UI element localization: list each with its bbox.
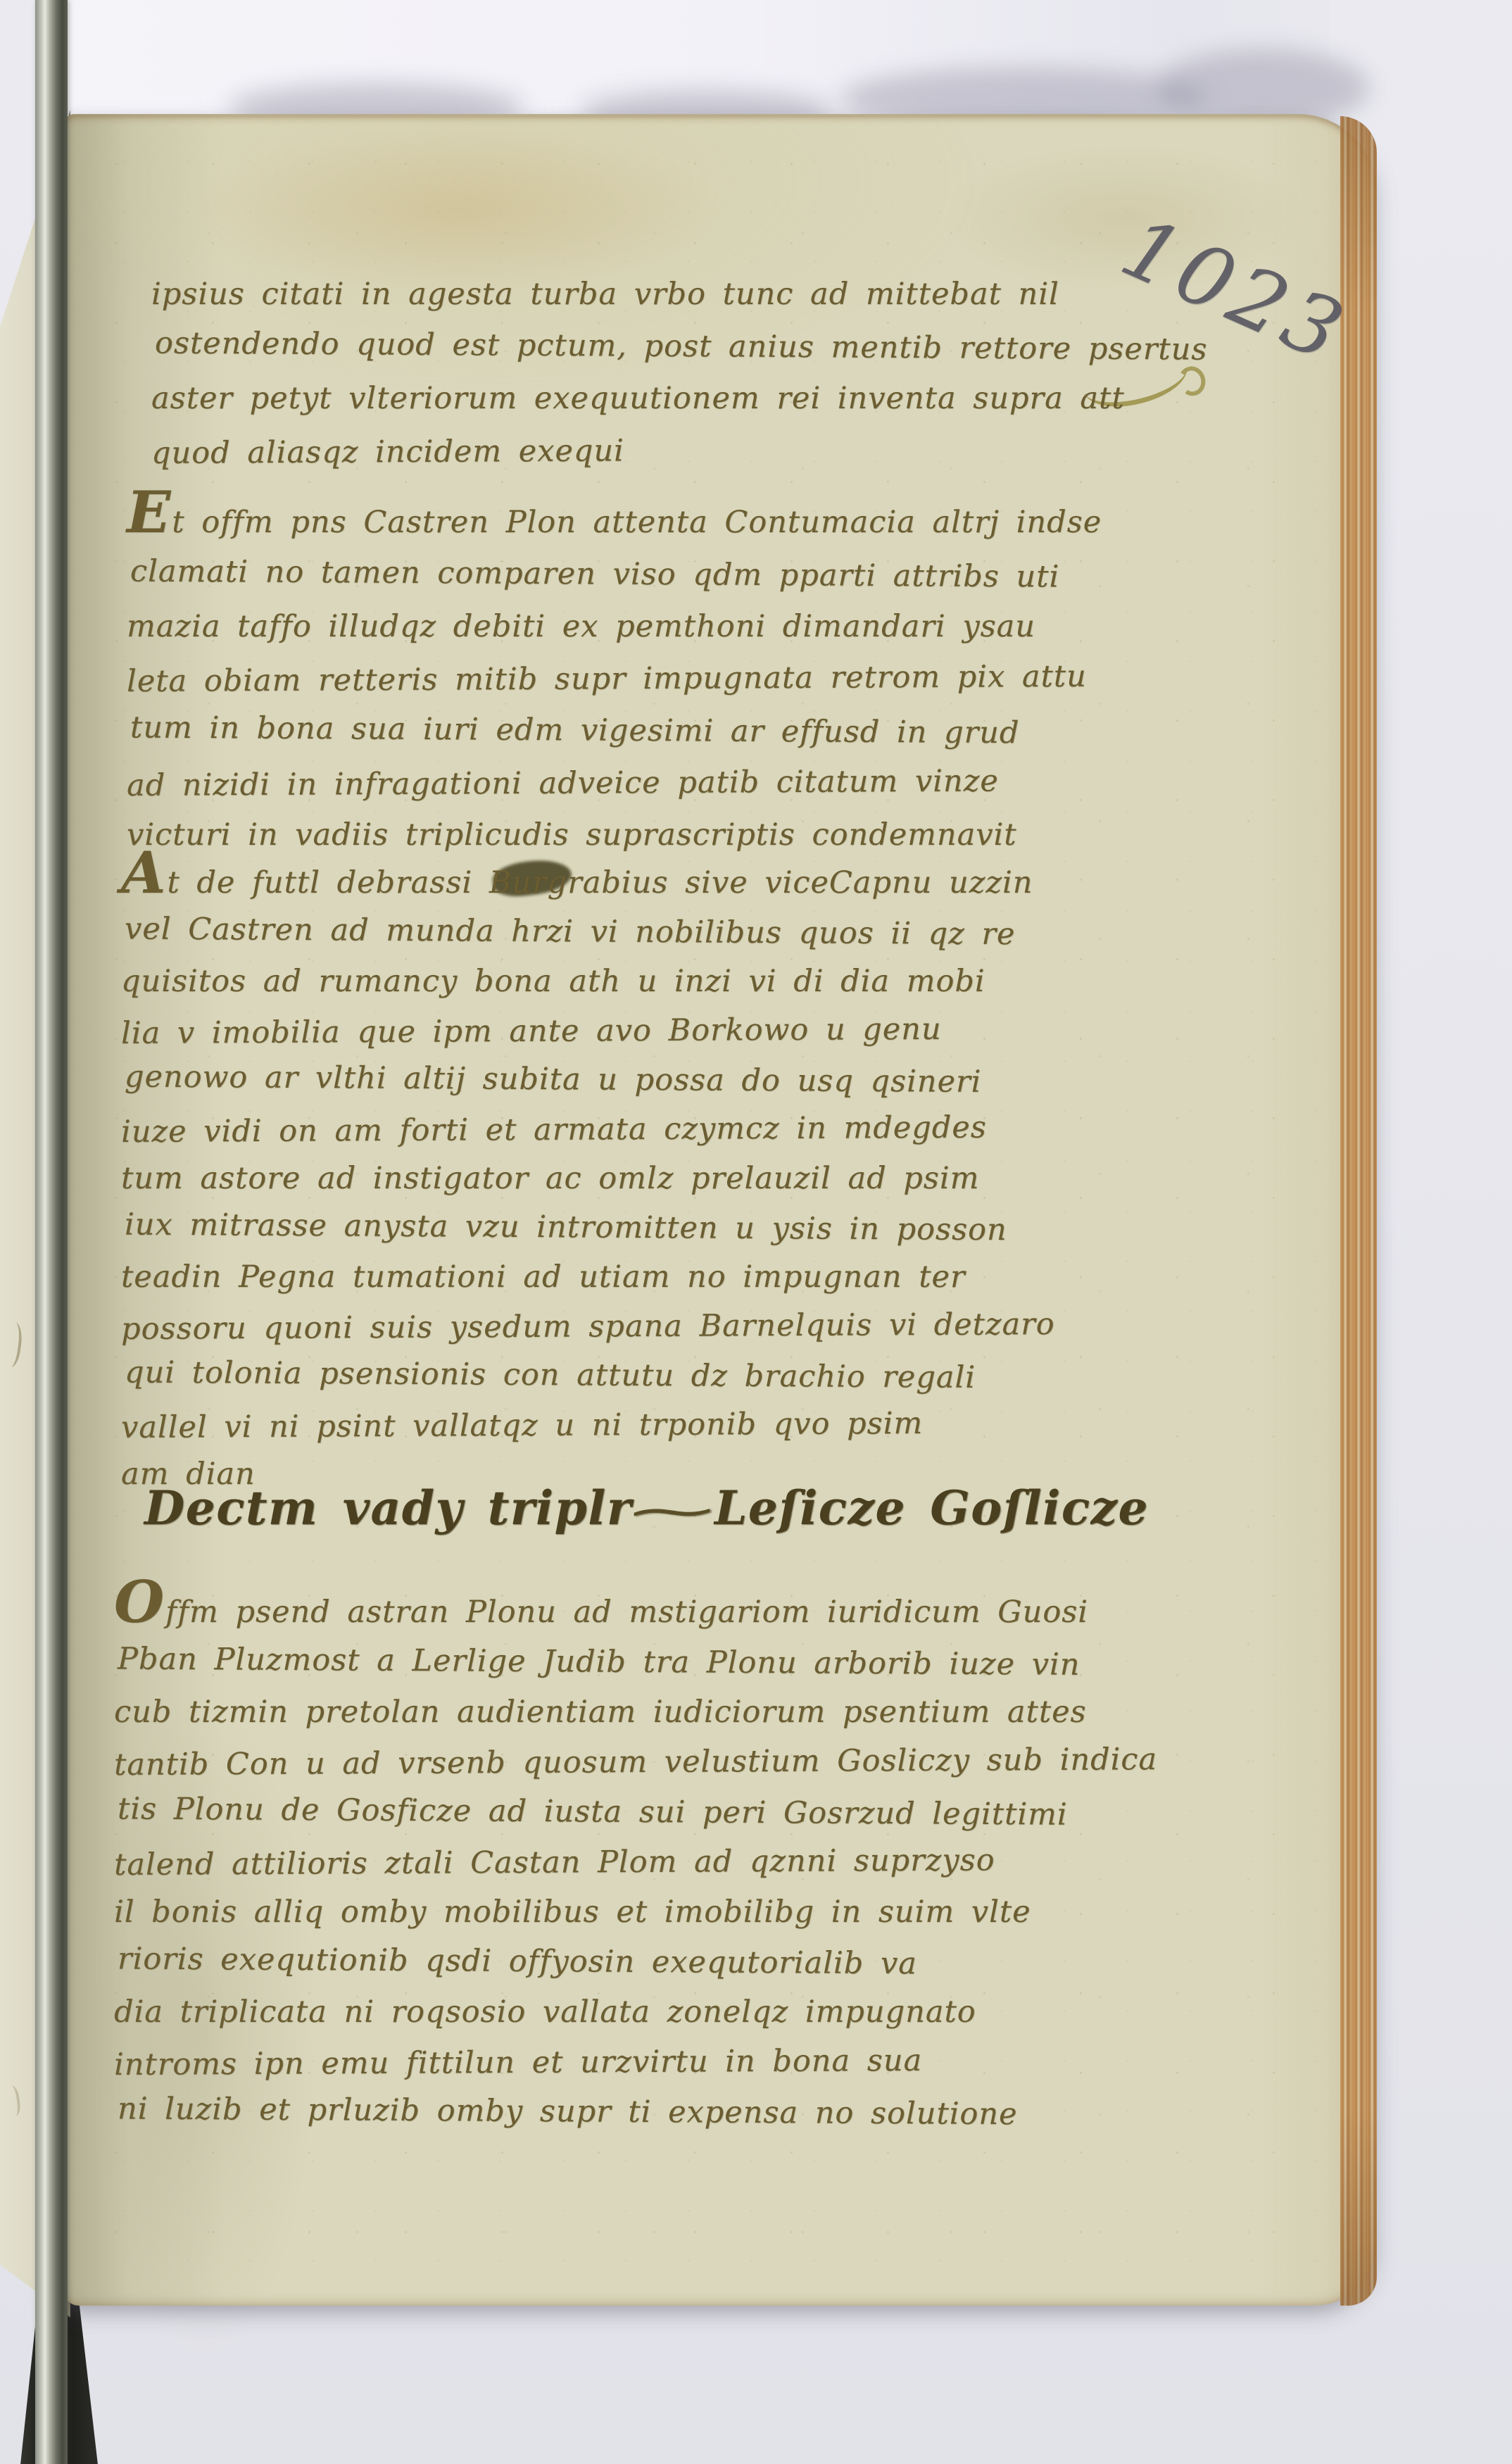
manuscript-line: At de futtl debrassi Burgrabius sive vic… xyxy=(121,848,1177,907)
manuscript-line: Offm psend astran Plonu ad mstigariom iu… xyxy=(114,1578,1170,1638)
paragraph-3: At de futtl debrassi Burgrabius sive vic… xyxy=(121,848,1177,1499)
heading-flourish: ~ xyxy=(622,1484,726,1538)
manuscript-line: ipsius citati in agesta turba vrbo tunc … xyxy=(151,268,1207,320)
paragraph-2: Et offm pns Castren Plon attenta Contuma… xyxy=(127,486,1183,861)
manuscript-page: 1023 ipsius citati in agesta turba vrbo … xyxy=(63,114,1377,2306)
section-heading: Dectm vady triplr~Leſicze Goſlicze xyxy=(144,1481,1149,1535)
manuscript-line: il bonis alliq omby mobilibus et imobili… xyxy=(114,1887,1170,1937)
manuscript-line: vallel vi ni psint vallatqz u ni trponib… xyxy=(121,1397,1177,1452)
manuscript-line: leta obiam retteris mitib supr impugnata… xyxy=(127,650,1183,708)
manuscript-line: iuze vidi on am forti et armata czymcz i… xyxy=(121,1102,1177,1157)
manuscript-line: tantib Con u ad vrsenb quosum velustium … xyxy=(114,1735,1170,1790)
manuscript-line: rioris exequtionib qsdi offyosin exequto… xyxy=(118,1934,1173,1990)
manuscript-line: dia triplicata ni roqsosio vallata zonel… xyxy=(114,1987,1170,2037)
manuscript-line: ni luzib et prluzib omby supr ti expensa… xyxy=(118,2084,1173,2140)
paragraph-1: ipsius citati in agesta turba vrbo tunc … xyxy=(151,268,1207,477)
manuscript-line: teadin Pegna tumationi ad utiam no impug… xyxy=(121,1252,1177,1302)
heading-left-text: Dectm vady triplr xyxy=(144,1481,632,1535)
manuscript-line: genowo ar vlthi altij subita u possa do … xyxy=(125,1052,1180,1107)
manuscript-line: quod aliasqz incidem exequi xyxy=(151,422,1207,479)
photo-background: 1023 ipsius citati in agesta turba vrbo … xyxy=(0,0,1512,2464)
manuscript-line: cub tizmin pretolan audientiam iudicioru… xyxy=(114,1687,1170,1737)
manuscript-line: tum in bona sua iuri edm vigesimi ar eff… xyxy=(130,701,1186,760)
book-clamp-rod xyxy=(35,0,68,2464)
manuscript-line: Et offm pns Castren Plon attenta Contuma… xyxy=(127,486,1183,548)
paragraph-4: Offm psend astran Plonu ad mstigariom iu… xyxy=(114,1578,1170,2137)
page-fore-edge xyxy=(1340,116,1377,2306)
manuscript-line: tis Plonu de Gosficze ad iusta sui peri … xyxy=(118,1784,1173,1840)
margin-ink-mark xyxy=(0,1321,24,1369)
manuscript-line: iux mitrasse anysta vzu intromitten u ys… xyxy=(125,1200,1180,1255)
manuscript-line: tum astore ad instigator ac omlz prelauz… xyxy=(121,1154,1177,1203)
manuscript-line: aster petyt vlteriorum exequutionem rei … xyxy=(151,372,1207,425)
manuscript-line: possoru quoni suis ysedum spana Barnelqu… xyxy=(121,1299,1177,1354)
heading-right-text: Leſicze Goſlicze xyxy=(714,1481,1149,1535)
margin-ink-mark xyxy=(4,2085,21,2117)
manuscript-line: vel Castren ad munda hrzi vi nobilibus q… xyxy=(125,904,1180,960)
manuscript-line: ostendendo quod est pctum, post anius me… xyxy=(155,317,1211,375)
manuscript-line: introms ipn emu fittilun et urzvirtu in … xyxy=(114,2035,1170,2090)
manuscript-line: quisitos ad rumancy bona ath u inzi vi d… xyxy=(121,957,1177,1006)
manuscript-line: lia v imobilia que ipm ante avo Borkowo … xyxy=(121,1003,1177,1058)
manuscript-line: talend attilioris ztali Castan Plom ad q… xyxy=(114,1835,1170,1890)
manuscript-line: clamati no tamen comparen viso qdm ppart… xyxy=(130,545,1186,603)
manuscript-line: qui tolonia psensionis con attutu dz bra… xyxy=(125,1347,1180,1403)
manuscript-line: Pban Pluzmost a Lerlige Judib tra Plonu … xyxy=(118,1634,1173,1690)
manuscript-line: ad nizidi in infragationi adveice patib … xyxy=(127,754,1183,812)
manuscript-line: mazia taffo illudqz debiti ex pemthoni d… xyxy=(127,601,1183,653)
